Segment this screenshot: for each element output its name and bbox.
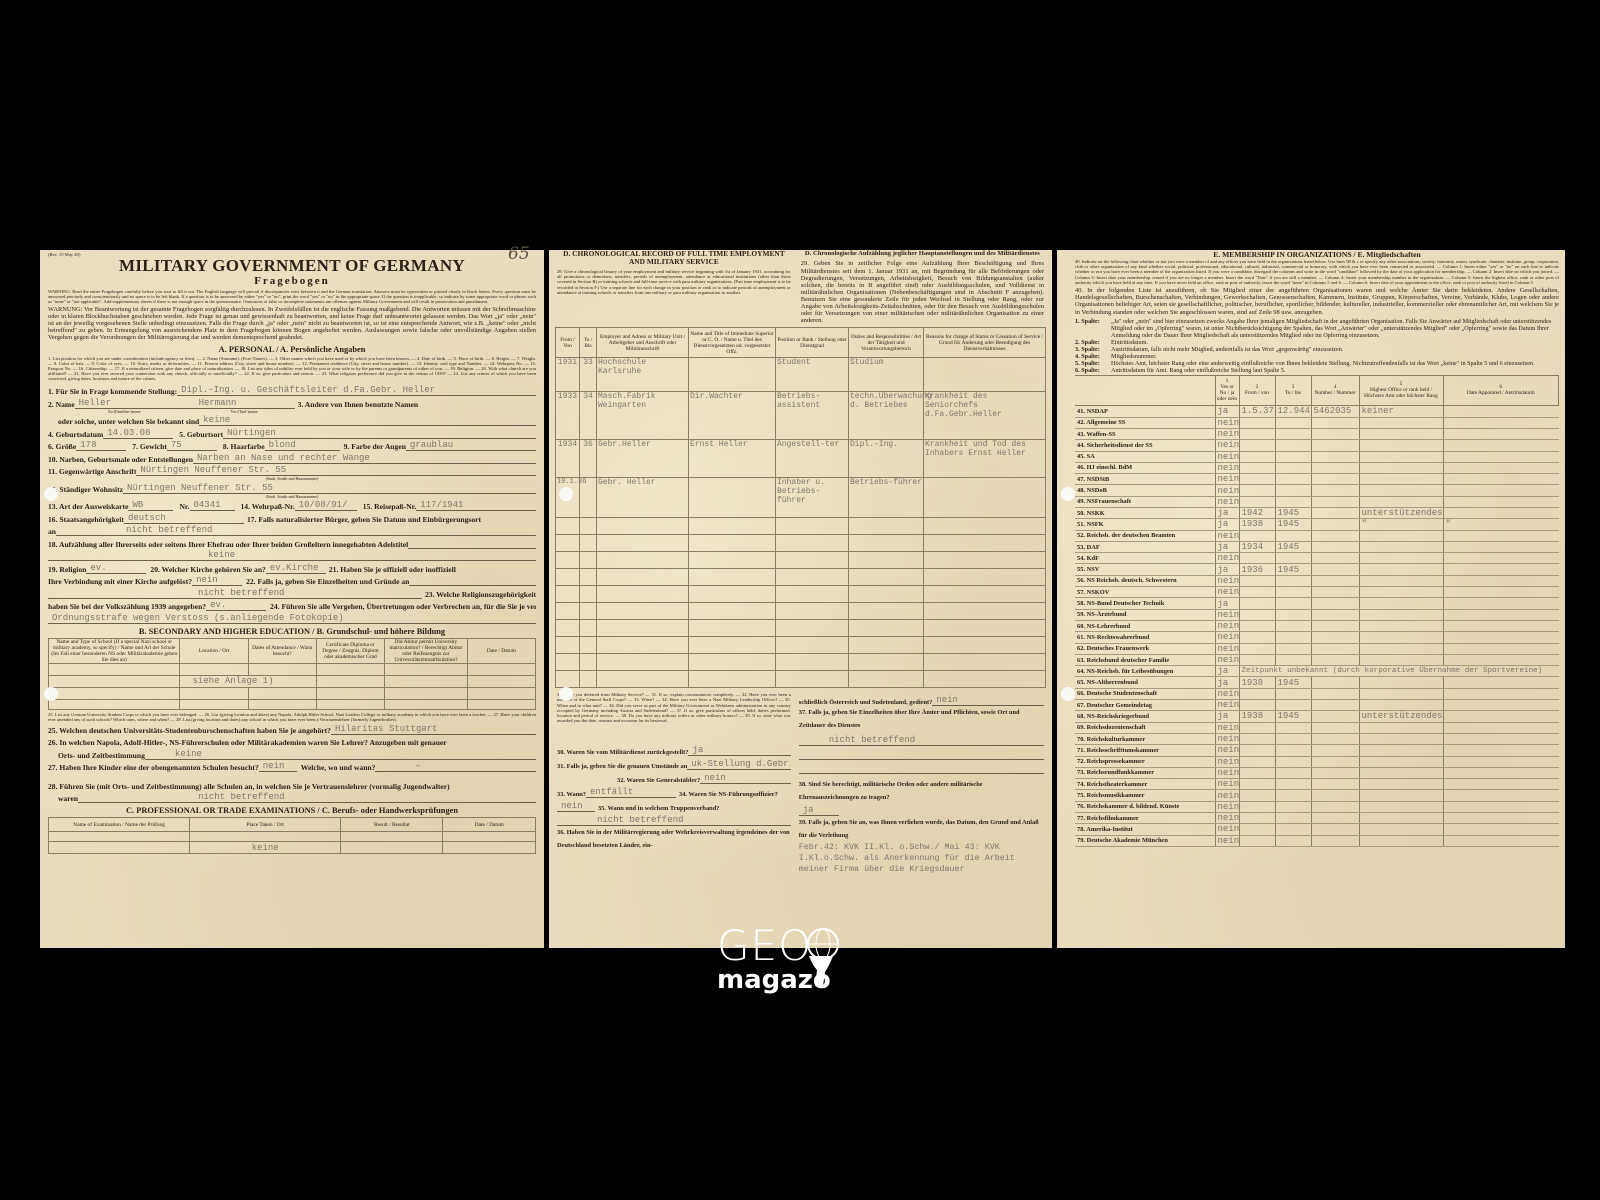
membership-to-cell[interactable] <box>1275 835 1311 846</box>
membership-office-cell[interactable] <box>1359 700 1443 711</box>
membership-number-cell[interactable]: 5462035 <box>1311 406 1359 417</box>
q28-label: 28. Führen Sie (mit Orts- und Zeitbestim… <box>48 782 450 791</box>
q5-field[interactable]: Nürtingen <box>223 428 536 439</box>
q24-field[interactable]: Ordnungsstrafe wegen Verstoss (s.anliege… <box>48 613 536 624</box>
membership-from-cell[interactable] <box>1239 485 1275 496</box>
membership-number-cell[interactable] <box>1311 553 1359 564</box>
membership-date-cell[interactable] <box>1443 620 1559 631</box>
organization-name: 69. Reichsdozentenschaft <box>1075 722 1215 733</box>
membership-number-cell[interactable] <box>1311 722 1359 733</box>
membership-to-cell[interactable] <box>1275 428 1311 439</box>
membership-office-cell[interactable] <box>1359 462 1443 473</box>
q4-field[interactable]: 14.03.08 <box>103 428 173 439</box>
membership-row: 70. Reichskulturkammernein <box>1075 733 1559 744</box>
q22-field[interactable]: nicht betreffend <box>48 588 422 599</box>
q10-field[interactable]: Narben an Nase und rechter Wange <box>193 453 536 464</box>
membership-from-cell[interactable] <box>1239 496 1275 507</box>
organization-name: 46. HJ einschl. BdM <box>1075 462 1215 473</box>
membership-number-cell[interactable] <box>1311 779 1359 790</box>
q20-field[interactable]: ev.Kirche <box>266 563 326 574</box>
employment-row: 1933 34 Masch.Fabrik Weingarten Dir.Wach… <box>556 392 1046 440</box>
membership-yn-cell[interactable]: nein <box>1215 700 1239 711</box>
q27-field-2[interactable]: – <box>375 761 536 772</box>
membership-to-cell[interactable] <box>1275 609 1311 620</box>
q3-field[interactable]: keine <box>199 415 536 426</box>
q15-label: 15. Reisepaß-Nr. <box>363 502 417 511</box>
section-a-fields: 1. Für Sie in Frage kommende Stellung:Di… <box>48 384 536 624</box>
membership-from-cell[interactable] <box>1239 756 1275 767</box>
membership-yn-cell[interactable]: nein <box>1215 462 1239 473</box>
membership-col-5: 5Highest Office or rank held / Höchstes … <box>1359 375 1443 405</box>
membership-office-cell[interactable] <box>1359 474 1443 485</box>
military-instructions-en: 30. Were you deferred from Military Serv… <box>557 692 791 723</box>
organization-name: 72. Reichspressekammer <box>1075 756 1215 767</box>
warning-english: WARNING: Read the entire Fragebogen care… <box>48 289 536 305</box>
membership-to-cell[interactable]: 12.944 <box>1275 406 1311 417</box>
membership-office-cell[interactable] <box>1359 564 1443 575</box>
membership-yn-cell[interactable]: nein <box>1215 485 1239 496</box>
membership-from-cell[interactable] <box>1239 779 1275 790</box>
q9-field[interactable]: graublau <box>406 440 536 451</box>
membership-number-cell[interactable] <box>1311 541 1359 552</box>
membership-from-cell[interactable] <box>1239 654 1275 665</box>
membership-date-cell[interactable]: " <box>1443 519 1559 530</box>
membership-date-cell[interactable] <box>1443 813 1559 824</box>
membership-to-cell[interactable]: 1945 <box>1275 519 1311 530</box>
membership-to-cell[interactable] <box>1275 779 1311 790</box>
membership-from-cell[interactable] <box>1239 620 1275 631</box>
membership-number-cell[interactable] <box>1311 587 1359 598</box>
membership-date-cell[interactable] <box>1443 485 1559 496</box>
organization-name: 70. Reichskulturkammer <box>1075 733 1215 744</box>
membership-office-cell[interactable] <box>1359 620 1443 631</box>
membership-from-cell[interactable] <box>1239 440 1275 451</box>
membership-date-cell[interactable] <box>1443 632 1559 643</box>
membership-office-cell[interactable] <box>1359 824 1443 835</box>
membership-to-cell[interactable]: 1945 <box>1275 508 1311 519</box>
membership-yn-cell[interactable]: nein <box>1215 835 1239 846</box>
membership-office-cell[interactable] <box>1359 530 1443 541</box>
membership-office-cell[interactable]: keiner <box>1359 406 1443 417</box>
membership-from-cell[interactable] <box>1239 733 1275 744</box>
membership-to-cell[interactable] <box>1275 767 1311 778</box>
q7-field[interactable]: 75 <box>167 440 217 451</box>
membership-date-cell[interactable] <box>1443 677 1559 688</box>
membership-yn-cell[interactable]: nein <box>1215 451 1239 462</box>
membership-office-cell[interactable] <box>1359 654 1443 665</box>
membership-number-cell[interactable] <box>1311 485 1359 496</box>
membership-office-cell[interactable]: unterstützendes Mitglied <box>1359 711 1443 722</box>
membership-office-cell[interactable] <box>1359 587 1443 598</box>
membership-date-cell[interactable] <box>1443 598 1559 609</box>
membership-yn-cell[interactable]: ja <box>1215 666 1239 677</box>
membership-yn-cell[interactable]: nein <box>1215 417 1239 428</box>
membership-yn-cell[interactable]: nein <box>1215 801 1239 812</box>
membership-number-cell[interactable] <box>1311 813 1359 824</box>
membership-to-cell[interactable] <box>1275 756 1311 767</box>
membership-from-cell[interactable] <box>1239 462 1275 473</box>
membership-to-cell[interactable] <box>1275 530 1311 541</box>
membership-to-cell[interactable] <box>1275 722 1311 733</box>
membership-yn-cell[interactable]: nein <box>1215 824 1239 835</box>
membership-to-cell[interactable] <box>1275 790 1311 801</box>
membership-number-cell[interactable] <box>1311 519 1359 530</box>
membership-from-cell[interactable] <box>1239 451 1275 462</box>
membership-date-cell[interactable] <box>1443 643 1559 654</box>
q16-field[interactable]: deutsch <box>124 513 244 524</box>
membership-number-cell[interactable] <box>1311 508 1359 519</box>
membership-office-cell[interactable] <box>1359 575 1443 586</box>
membership-from-cell[interactable] <box>1239 587 1275 598</box>
membership-office-cell[interactable] <box>1359 745 1443 756</box>
membership-from-cell[interactable]: 1938 <box>1239 519 1275 530</box>
membership-yn-cell[interactable]: ja <box>1215 598 1239 609</box>
membership-to-cell[interactable] <box>1275 733 1311 744</box>
membership-yn-cell[interactable]: nein <box>1215 767 1239 778</box>
membership-yn-cell[interactable]: nein <box>1215 779 1239 790</box>
membership-yn-cell[interactable]: nein <box>1215 722 1239 733</box>
membership-office-cell[interactable] <box>1359 835 1443 846</box>
education-table: Name and Type of School (If a special Na… <box>48 638 536 710</box>
q17-field[interactable]: nicht betreffend <box>56 525 536 536</box>
membership-date-cell[interactable] <box>1443 835 1559 846</box>
membership-from-cell[interactable] <box>1239 824 1275 835</box>
membership-to-cell[interactable] <box>1275 643 1311 654</box>
q15-field[interactable]: 117/1941 <box>416 500 536 511</box>
membership-from-cell[interactable] <box>1239 553 1275 564</box>
membership-to-cell[interactable] <box>1275 553 1311 564</box>
membership-yn-cell[interactable]: nein <box>1215 575 1239 586</box>
membership-from-cell[interactable] <box>1239 767 1275 778</box>
q27-field[interactable]: nein <box>259 761 297 772</box>
membership-number-cell[interactable] <box>1311 474 1359 485</box>
membership-date-cell[interactable] <box>1443 440 1559 451</box>
membership-office-cell[interactable] <box>1359 553 1443 564</box>
membership-yn-cell[interactable]: ja <box>1215 519 1239 530</box>
membership-from-cell[interactable] <box>1239 530 1275 541</box>
membership-to-cell[interactable]: 1945 <box>1275 677 1311 688</box>
membership-date-cell[interactable] <box>1443 824 1559 835</box>
membership-office-cell[interactable] <box>1359 722 1443 733</box>
membership-office-cell[interactable] <box>1359 451 1443 462</box>
membership-date-cell[interactable] <box>1443 779 1559 790</box>
membership-date-cell[interactable] <box>1443 462 1559 473</box>
membership-to-cell[interactable] <box>1275 654 1311 665</box>
membership-date-cell[interactable] <box>1443 451 1559 462</box>
q38-field[interactable]: ja <box>799 805 839 816</box>
membership-yn-cell[interactable]: nein <box>1215 609 1239 620</box>
q30-field[interactable]: ja <box>688 745 790 756</box>
membership-number-cell[interactable] <box>1311 428 1359 439</box>
q26-field[interactable]: keine <box>145 749 536 760</box>
membership-date-cell[interactable] <box>1443 790 1559 801</box>
membership-date-cell[interactable] <box>1443 541 1559 552</box>
membership-office-cell[interactable] <box>1359 541 1443 552</box>
q39-field[interactable]: Febr.42: KVK II.Kl. o.Schw./ Mai 43: KVK… <box>799 842 1044 875</box>
membership-office-cell[interactable]: " <box>1359 519 1443 530</box>
membership-date-cell[interactable] <box>1443 553 1559 564</box>
membership-yn-cell[interactable]: nein <box>1215 745 1239 756</box>
membership-yn-cell[interactable]: nein <box>1215 790 1239 801</box>
membership-yn-cell[interactable]: nein <box>1215 688 1239 699</box>
membership-to-cell[interactable] <box>1275 575 1311 586</box>
membership-number-cell[interactable] <box>1311 745 1359 756</box>
membership-from-cell[interactable] <box>1239 643 1275 654</box>
q28-field[interactable]: nicht betreffend <box>78 792 536 803</box>
membership-number-cell[interactable] <box>1311 598 1359 609</box>
membership-to-cell[interactable] <box>1275 700 1311 711</box>
q13-field[interactable]: WB <box>128 500 173 511</box>
membership-from-cell[interactable] <box>1239 598 1275 609</box>
membership-date-cell[interactable] <box>1443 474 1559 485</box>
membership-from-cell[interactable] <box>1239 700 1275 711</box>
membership-yn-cell[interactable]: nein <box>1215 654 1239 665</box>
membership-date-cell[interactable] <box>1443 756 1559 767</box>
membership-to-cell[interactable] <box>1275 587 1311 598</box>
membership-from-cell[interactable] <box>1239 688 1275 699</box>
membership-number-cell[interactable] <box>1311 700 1359 711</box>
membership-from-cell[interactable]: 1.5.37 <box>1239 406 1275 417</box>
q34-field[interactable]: nein <box>557 801 595 812</box>
membership-from-cell[interactable] <box>1239 417 1275 428</box>
organization-name: 42. Allgemeine SS <box>1075 417 1215 428</box>
membership-yn-cell[interactable]: ja <box>1215 564 1239 575</box>
membership-number-cell[interactable] <box>1311 609 1359 620</box>
membership-office-cell[interactable] <box>1359 790 1443 801</box>
membership-date-cell[interactable] <box>1443 722 1559 733</box>
membership-from-cell[interactable] <box>1239 745 1275 756</box>
section-d-instructions-de: 29. Geben Sie in zeitlicher Folge eine A… <box>801 260 1044 324</box>
membership-office-cell[interactable] <box>1359 496 1443 507</box>
q18-field[interactable]: keine <box>48 550 536 561</box>
emp-header: Name and Title of Immediate Superior or … <box>689 328 776 358</box>
membership-office-cell[interactable] <box>1359 733 1443 744</box>
membership-number-cell[interactable] <box>1311 801 1359 812</box>
membership-number-cell[interactable] <box>1311 462 1359 473</box>
membership-number-cell[interactable] <box>1311 677 1359 688</box>
exam-entry[interactable]: keine <box>190 842 341 854</box>
membership-number-cell[interactable] <box>1311 756 1359 767</box>
membership-from-cell[interactable] <box>1239 428 1275 439</box>
membership-from-cell[interactable] <box>1239 835 1275 846</box>
membership-date-cell[interactable] <box>1443 530 1559 541</box>
membership-from-cell[interactable]: 1934 <box>1239 541 1275 552</box>
membership-yn-cell[interactable]: ja <box>1215 677 1239 688</box>
membership-number-cell[interactable] <box>1311 643 1359 654</box>
membership-office-cell[interactable] <box>1359 677 1443 688</box>
membership-office-cell[interactable] <box>1359 767 1443 778</box>
membership-to-cell[interactable] <box>1275 824 1311 835</box>
q2-forename-field[interactable]: Hermann <box>195 398 295 409</box>
membership-from-cell[interactable] <box>1239 474 1275 485</box>
q13-nr-field[interactable]: 04341 <box>190 500 235 511</box>
membership-to-cell[interactable] <box>1275 801 1311 812</box>
membership-from-cell[interactable]: 1936 <box>1239 564 1275 575</box>
membership-from-cell[interactable] <box>1239 813 1275 824</box>
membership-number-cell[interactable] <box>1311 575 1359 586</box>
membership-to-cell[interactable]: 1945 <box>1275 711 1311 722</box>
membership-from-cell[interactable] <box>1239 575 1275 586</box>
membership-number-cell[interactable] <box>1311 835 1359 846</box>
page-number-handwritten: 65 <box>508 244 530 264</box>
membership-yn-cell[interactable]: nein <box>1215 553 1239 564</box>
membership-from-cell[interactable]: Zeitpunkt unbekannt (durch korporative Ü… <box>1239 666 1559 677</box>
membership-yn-cell[interactable]: ja <box>1215 541 1239 552</box>
q12-label: 12. Ständiger Wohnsitz <box>48 485 123 494</box>
membership-office-cell[interactable] <box>1359 485 1443 496</box>
membership-date-cell[interactable] <box>1443 711 1559 722</box>
membership-from-cell[interactable]: 1942 <box>1239 508 1275 519</box>
q8-field[interactable]: blond <box>265 440 340 451</box>
membership-yn-cell[interactable]: nein <box>1215 733 1239 744</box>
q6-field[interactable]: 178 <box>76 440 126 451</box>
membership-date-cell[interactable] <box>1443 745 1559 756</box>
membership-office-cell[interactable] <box>1359 643 1443 654</box>
q23-field[interactable]: ev. <box>206 600 266 611</box>
membership-yn-cell[interactable]: nein <box>1215 620 1239 631</box>
membership-to-cell[interactable] <box>1275 440 1311 451</box>
membership-to-cell[interactable] <box>1275 451 1311 462</box>
q36-field[interactable]: nein <box>932 695 1044 706</box>
membership-office-cell[interactable] <box>1359 632 1443 643</box>
membership-number-cell[interactable] <box>1311 440 1359 451</box>
membership-yn-cell[interactable]: nein <box>1215 632 1239 643</box>
membership-yn-cell[interactable]: ja <box>1215 508 1239 519</box>
membership-number-cell[interactable] <box>1311 733 1359 744</box>
membership-yn-cell[interactable]: nein <box>1215 643 1239 654</box>
membership-to-cell[interactable] <box>1275 745 1311 756</box>
q19-field[interactable]: ev. <box>86 563 146 574</box>
membership-date-cell[interactable] <box>1443 733 1559 744</box>
membership-to-cell[interactable]: 1945 <box>1275 564 1311 575</box>
membership-number-cell[interactable] <box>1311 767 1359 778</box>
membership-date-cell[interactable] <box>1443 801 1559 812</box>
membership-yn-cell[interactable]: nein <box>1215 474 1239 485</box>
membership-to-cell[interactable] <box>1275 688 1311 699</box>
membership-office-cell[interactable] <box>1359 440 1443 451</box>
q11-field[interactable]: Nürtingen Neuffener Str. 55 <box>136 465 536 476</box>
q12-field[interactable]: Nürtingen Neuffener Str. 55 <box>123 483 536 494</box>
membership-office-cell[interactable] <box>1359 813 1443 824</box>
membership-number-cell[interactable] <box>1311 564 1359 575</box>
membership-number-cell[interactable] <box>1311 620 1359 631</box>
membership-to-cell[interactable] <box>1275 417 1311 428</box>
membership-office-cell[interactable] <box>1359 598 1443 609</box>
q37-field[interactable]: nicht betreffend <box>799 735 1044 746</box>
membership-number-cell[interactable] <box>1311 451 1359 462</box>
membership-number-cell[interactable] <box>1311 632 1359 643</box>
membership-yn-cell[interactable]: nein <box>1215 813 1239 824</box>
membership-date-cell[interactable] <box>1443 508 1559 519</box>
punch-hole <box>44 487 58 501</box>
membership-to-cell[interactable] <box>1275 598 1311 609</box>
membership-date-cell[interactable] <box>1443 417 1559 428</box>
membership-yn-cell[interactable]: ja <box>1215 406 1239 417</box>
membership-office-cell[interactable] <box>1359 428 1443 439</box>
q21-field[interactable]: nein <box>192 575 242 586</box>
membership-date-cell[interactable] <box>1443 587 1559 598</box>
membership-number-cell[interactable] <box>1311 654 1359 665</box>
membership-date-cell[interactable] <box>1443 406 1559 417</box>
education-entry[interactable]: siehe Anlage 1) <box>180 675 316 687</box>
membership-col-4: 4Number / Nummer <box>1311 375 1359 405</box>
membership-number-cell[interactable] <box>1311 790 1359 801</box>
membership-office-cell[interactable] <box>1359 779 1443 790</box>
membership-office-cell[interactable] <box>1359 756 1443 767</box>
q31-field[interactable]: uk-Stellung d.Gebr. Heller <box>687 759 790 770</box>
membership-from-cell[interactable] <box>1239 722 1275 733</box>
membership-yn-cell[interactable]: nein <box>1215 587 1239 598</box>
membership-office-cell[interactable]: unterstützendes Mitglied <box>1359 508 1443 519</box>
q25-field[interactable]: Hilaritas Stuttgart <box>331 724 536 735</box>
membership-office-cell[interactable] <box>1359 688 1443 699</box>
membership-to-cell[interactable] <box>1275 485 1311 496</box>
q14-field[interactable]: 10/08/91/ <box>295 500 357 511</box>
q36-label: 36. Haben Sie in der Militärregierung od… <box>557 826 791 852</box>
membership-yn-cell[interactable]: nein <box>1215 440 1239 451</box>
q32-field[interactable]: nein <box>700 773 791 784</box>
membership-date-cell[interactable] <box>1443 575 1559 586</box>
membership-yn-cell[interactable]: nein <box>1215 756 1239 767</box>
membership-from-cell[interactable] <box>1239 801 1275 812</box>
membership-to-cell[interactable] <box>1275 474 1311 485</box>
section-e-instructions-de: 40. In der folgenden Liste ist anzuführe… <box>1075 287 1559 316</box>
membership-yn-cell[interactable]: nein <box>1215 496 1239 507</box>
membership-office-cell[interactable] <box>1359 801 1443 812</box>
organization-name: 65. NS-Altherrenbund <box>1075 677 1215 688</box>
edu-header: Dates of Attendance / Wann besucht? <box>248 638 316 663</box>
membership-to-cell[interactable]: 1945 <box>1275 541 1311 552</box>
membership-date-cell[interactable] <box>1443 609 1559 620</box>
membership-number-cell[interactable] <box>1311 688 1359 699</box>
membership-date-cell[interactable] <box>1443 767 1559 778</box>
q35-field[interactable]: nicht betreffend <box>557 815 791 826</box>
membership-to-cell[interactable] <box>1275 462 1311 473</box>
membership-number-cell[interactable] <box>1311 496 1359 507</box>
q11-label: 11. Gegenwärtige Anschrift <box>48 467 136 476</box>
q1-field[interactable]: Dipl.-Ing. u. Geschäftsleiter d.Fa.Gebr.… <box>177 385 536 396</box>
membership-from-cell[interactable]: 1938 <box>1239 711 1275 722</box>
membership-row: 49. NSFrauenschaftnein <box>1075 496 1559 507</box>
membership-yn-cell[interactable]: nein <box>1215 530 1239 541</box>
membership-yn-cell[interactable]: ja <box>1215 711 1239 722</box>
membership-date-cell[interactable] <box>1443 428 1559 439</box>
membership-from-cell[interactable]: 1938 <box>1239 677 1275 688</box>
membership-date-cell[interactable] <box>1443 654 1559 665</box>
membership-number-cell[interactable] <box>1311 711 1359 722</box>
membership-date-cell[interactable] <box>1443 564 1559 575</box>
membership-to-cell[interactable] <box>1275 632 1311 643</box>
membership-to-cell[interactable] <box>1275 813 1311 824</box>
q33-field[interactable]: entfällt <box>586 787 676 798</box>
membership-to-cell[interactable] <box>1275 620 1311 631</box>
membership-date-cell[interactable] <box>1443 700 1559 711</box>
membership-office-cell[interactable] <box>1359 417 1443 428</box>
q2-surname-field[interactable]: Heller <box>75 398 195 409</box>
membership-date-cell[interactable] <box>1443 688 1559 699</box>
membership-row: 53. DAFja19341945 <box>1075 541 1559 552</box>
membership-date-cell[interactable] <box>1443 496 1559 507</box>
membership-from-cell[interactable] <box>1239 790 1275 801</box>
membership-number-cell[interactable] <box>1311 417 1359 428</box>
membership-number-cell[interactable] <box>1311 530 1359 541</box>
membership-from-cell[interactable] <box>1239 632 1275 643</box>
membership-number-cell[interactable] <box>1311 824 1359 835</box>
membership-from-cell[interactable] <box>1239 609 1275 620</box>
membership-office-cell[interactable] <box>1359 609 1443 620</box>
membership-yn-cell[interactable]: nein <box>1215 428 1239 439</box>
membership-to-cell[interactable] <box>1275 496 1311 507</box>
